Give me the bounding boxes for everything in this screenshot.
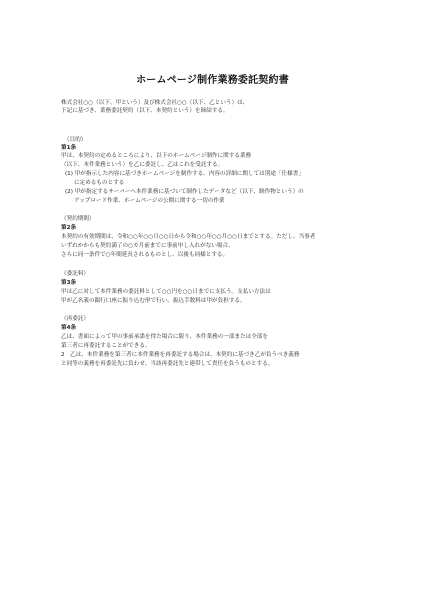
article-1-item-1-cont: に定めるものとする: [74, 180, 124, 187]
preamble-line-2: 下記に基づき、業務委託契約（以下、本契約という）を締結する。: [61, 108, 229, 115]
article-1-item-2-cont: アップロード作業、ホームページの公開に関する一切の作業: [74, 198, 225, 205]
article-3-number: 第3条: [61, 280, 76, 287]
article-4-heading: （再委託）: [61, 316, 89, 323]
article-2-line-1: 本契約の有効期間は、令和○○年○○月○○日から令和○○年○○月○○日までとする。…: [61, 234, 315, 241]
document-title: ホームページ制作業務委託契約書: [0, 71, 425, 86]
article-2-line-2: いずれかからも契約満了の○カ月前までに事前申し入れがない場合、: [61, 243, 234, 250]
article-1-heading: （目的）: [64, 137, 86, 144]
article-2-heading: （契約期間）: [61, 216, 95, 223]
article-4-line-3: 2 乙は、本件業務を第三者に本件業務を再委託する場合は、本契約に基づき乙が負うべ…: [61, 352, 300, 359]
article-1-number: 第1条: [61, 145, 76, 152]
preamble-line-1: 株式会社○○（以下、甲という）及び株式会社○○（以下、乙という）は、: [61, 100, 248, 107]
article-3-line-2: 甲が乙名義の銀行口座に振り込む形で行い、振込手数料は甲が負担する。: [61, 298, 246, 305]
article-2-number: 第2条: [61, 225, 76, 232]
article-4-number: 第4条: [61, 325, 76, 332]
article-3-heading: （委託料）: [61, 271, 89, 278]
article-1-line-1: 甲は、本契約の定めるところにより、以下のホームページ制作に関する業務: [61, 153, 251, 160]
article-4-line-4: と同等の義務を再委託先に負わせ、当該再委託先と連帯して責任を負うものとする。: [61, 361, 273, 368]
document-page: ホームページ制作業務委託契約書 株式会社○○（以下、甲という）及び株式会社○○（…: [0, 0, 425, 600]
article-4-line-2: 第三者に再委託することができる。: [61, 343, 151, 350]
article-4-line-1: 乙は、書面によって甲の事前承諾を得た場合に限り、本件業務の一部または全部を: [61, 334, 268, 341]
article-1-item-2: (2) 甲が指定するサーバーへ本件業務に基づいて制作したデータなど（以下、制作物…: [65, 189, 304, 196]
article-3-line-1: 甲は乙に対して本件業務の委託料として○○円を○○日までに支払う。支払い方法は: [61, 289, 271, 296]
article-1-item-1: (1) 甲が指示した内容に基づきホームページを制作する。内容の詳細に関しては別途…: [65, 171, 304, 178]
article-2-line-3: さらに同一条件で○年間延長されるものとし、以後も同様とする。: [61, 252, 228, 259]
article-1-line-2: （以下、本件業務という）を乙に委託し、乙はこれを受託する。: [61, 162, 223, 169]
